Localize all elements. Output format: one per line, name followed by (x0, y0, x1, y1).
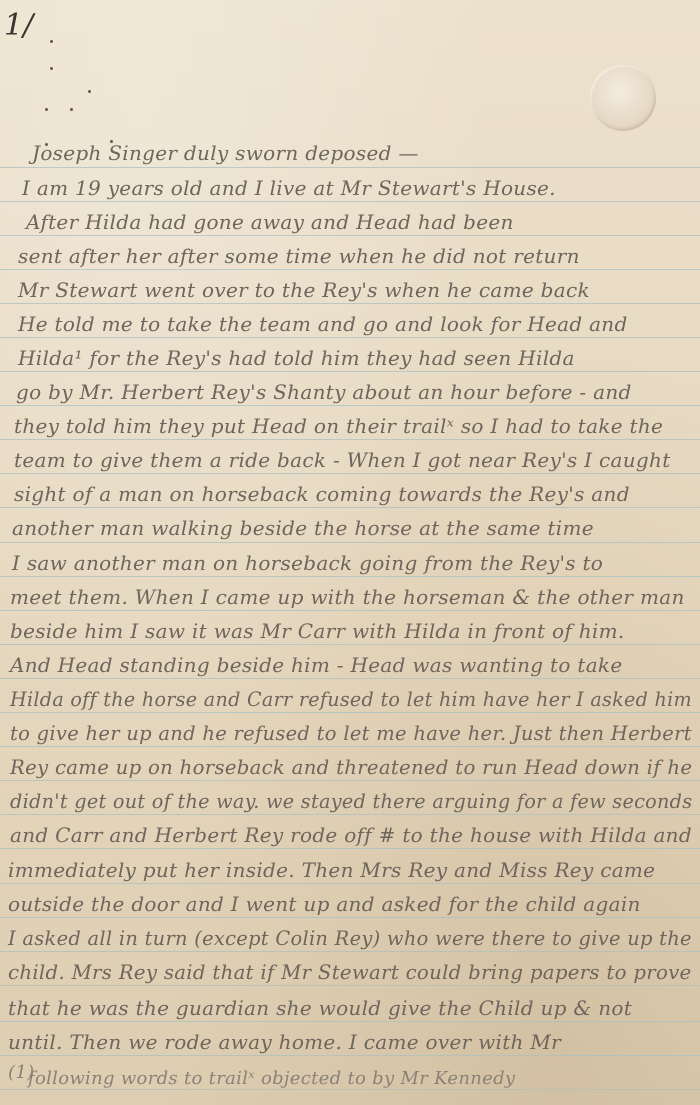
ruled-line (0, 507, 700, 508)
ruled-line (0, 235, 700, 236)
ruled-line (0, 848, 700, 849)
ruled-line (0, 303, 700, 304)
ruled-line (0, 712, 700, 713)
text-line: Rey came up on horseback and threatened … (10, 755, 692, 779)
ruled-line (0, 337, 700, 338)
ruled-line (0, 405, 700, 406)
text-line: meet them. When I came up with the horse… (10, 585, 685, 609)
ruled-line (0, 167, 700, 168)
text-line: and Carr and Herbert Rey rode off # to t… (10, 823, 692, 847)
text-line: Joseph Singer duly sworn deposed — (32, 141, 419, 165)
ruled-line (0, 371, 700, 372)
ruled-line (0, 473, 700, 474)
ruled-line (0, 951, 700, 952)
ruled-line (0, 780, 700, 781)
text-line: I asked all in turn (except Colin Rey) w… (8, 926, 692, 950)
ruled-line (0, 644, 700, 645)
text-line: Hilda off the horse and Carr refused to … (10, 687, 692, 711)
ruled-line (0, 746, 700, 747)
text-line: immediately put her inside. Then Mrs Rey… (8, 858, 655, 882)
ruled-line (0, 576, 700, 577)
ruled-line (0, 917, 700, 918)
ruled-line (0, 678, 700, 679)
text-line: they told him they put Head on their tra… (14, 414, 663, 438)
ruled-line (0, 883, 700, 884)
ruled-line (0, 1089, 700, 1090)
footnote-text: following words to trailˣ objected to by… (28, 1068, 515, 1089)
ruled-line (0, 610, 700, 611)
ruled-line (0, 542, 700, 543)
text-line: to give her up and he refused to let me … (10, 721, 692, 745)
document-page: 1/ Joseph Singer duly sworn deposed — I … (0, 0, 700, 1105)
text-line: go by Mr. Herbert Rey's Shanty about an … (16, 380, 632, 404)
text-line: another man walking beside the horse at … (12, 516, 594, 540)
text-line: He told me to take the team and go and l… (18, 312, 628, 336)
ruled-line (0, 201, 700, 202)
embossed-seal-icon (590, 65, 656, 131)
text-line: beside him I saw it was Mr Carr with Hil… (10, 619, 625, 643)
text-line: outside the door and I went up and asked… (8, 892, 641, 916)
text-line: until. Then we rode away home. I came ov… (8, 1030, 561, 1054)
text-line: I am 19 years old and I live at Mr Stewa… (22, 176, 556, 200)
text-line: child. Mrs Rey said that if Mr Stewart c… (8, 960, 692, 984)
text-line: After Hilda had gone away and Head had b… (26, 210, 514, 234)
text-line: sight of a man on horseback coming towar… (14, 482, 630, 506)
text-line: Mr Stewart went over to the Rey's when h… (18, 278, 590, 302)
folio-mark: 1/ (4, 8, 33, 43)
ruled-line (0, 269, 700, 270)
ruled-line (0, 985, 700, 986)
text-line: team to give them a ride back - When I g… (14, 448, 671, 472)
text-line: Hilda¹ for the Rey's had told him they h… (18, 346, 575, 370)
ruled-line (0, 439, 700, 440)
text-line: sent after her after some time when he d… (18, 244, 580, 268)
text-line: didn't get out of the way. we stayed the… (10, 789, 692, 813)
ruled-line (0, 814, 700, 815)
ruled-line (0, 1021, 700, 1022)
text-line: that he was the guardian she would give … (8, 996, 632, 1020)
text-line: I saw another man on horseback going fro… (12, 551, 603, 575)
ruled-line (0, 1055, 700, 1056)
text-line: And Head standing beside him - Head was … (10, 653, 622, 677)
